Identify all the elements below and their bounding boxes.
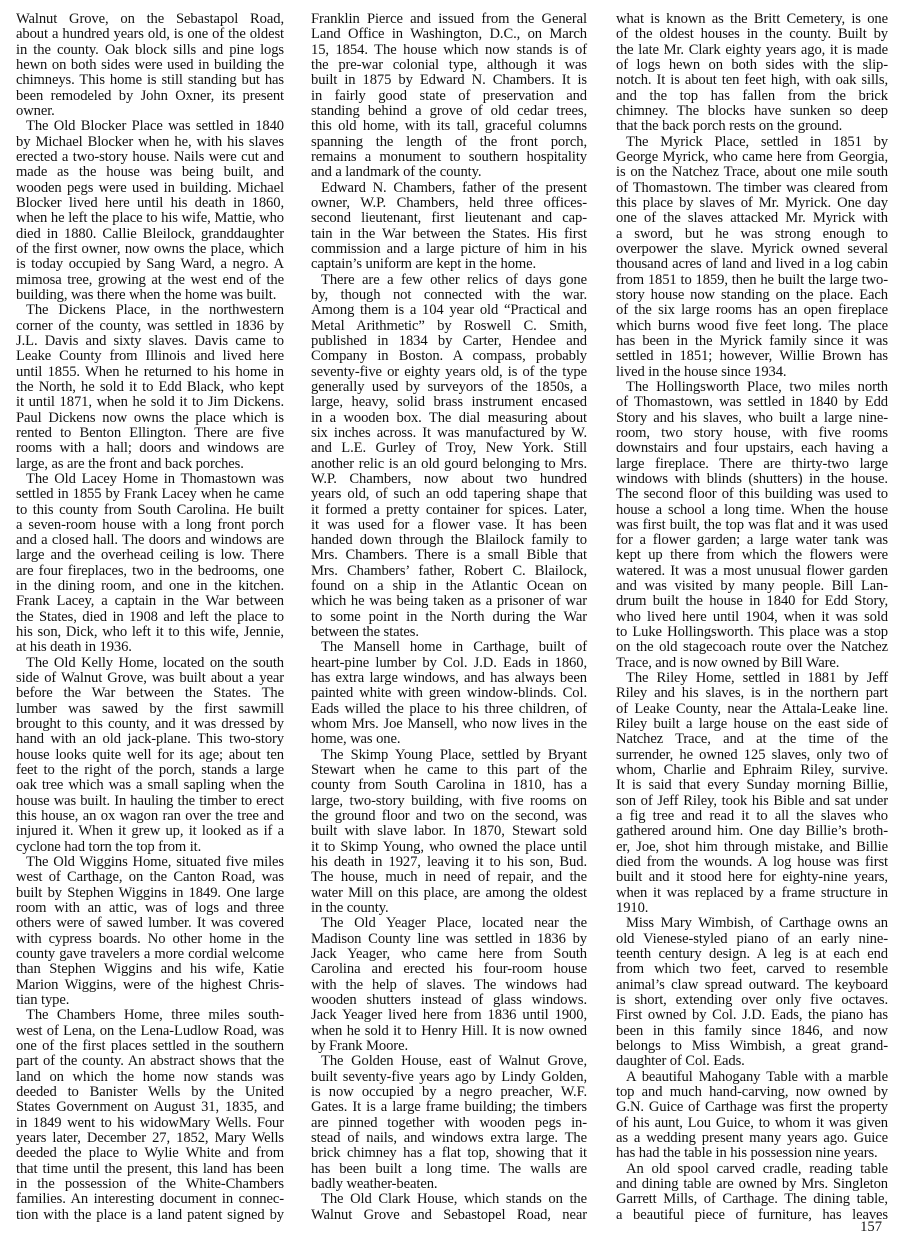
text-line: Jack Yeager lived here from 1836 until 1… bbox=[311, 1008, 587, 1023]
text-line: kept up there from which the flowers wer… bbox=[616, 548, 888, 563]
paragraph-first-line: Edward N. Chambers, father of the presen… bbox=[311, 181, 587, 196]
text-line: when it was replaced by a frame structur… bbox=[616, 886, 888, 901]
text-line: are four fireplaces, two in the bedrooms… bbox=[16, 564, 284, 579]
text-line: to some point in the North during the Wa… bbox=[311, 610, 587, 625]
text-line: found on a ship in the Atlantic Ocean on bbox=[311, 579, 587, 594]
text-line: large, two-story building, with five roo… bbox=[311, 794, 587, 809]
text-line: hewn on both sides were used in building… bbox=[16, 58, 284, 73]
paragraph-first-line: There are a few other relics of days gon… bbox=[311, 273, 587, 288]
text-line: been in this family since 1846, and now bbox=[616, 1024, 888, 1039]
text-line: Riley and his slaves, is in the northern… bbox=[616, 686, 888, 701]
text-line: painted white with green window-blinds. … bbox=[311, 686, 587, 701]
paragraph-first-line: The Old Kelly Home, located on the south bbox=[16, 656, 284, 671]
text-line: Land Office in Washington, D.C., on Marc… bbox=[311, 27, 587, 42]
text-line: with cypress boards. No other home in th… bbox=[16, 932, 284, 947]
text-line: a fig tree and read it to all the slaves… bbox=[616, 809, 888, 824]
text-line: before the War between the States. The bbox=[16, 686, 284, 701]
text-line: story house now standing on the place. E… bbox=[616, 288, 888, 303]
text-line: built with slave labor. In 1870, Stewart… bbox=[311, 824, 587, 839]
text-line: and a landmark of the county. bbox=[311, 165, 587, 180]
text-line: 1910. bbox=[616, 901, 888, 916]
text-line: J.L. Davis and sixty slaves. Davis came … bbox=[16, 334, 284, 349]
text-line: States Government on August 31, 1835, an… bbox=[16, 1100, 284, 1115]
text-line: Marion Wiggins, were of the highest Chri… bbox=[16, 978, 284, 993]
text-line: settled in 1855 by Frank Lacey when he c… bbox=[16, 487, 284, 502]
text-line: lived in the house since 1934. bbox=[616, 365, 888, 380]
text-line: years later, December 27, 1852, Mary Wel… bbox=[16, 1131, 284, 1146]
text-line: is now occupied by a negro preacher, W.F… bbox=[311, 1085, 587, 1100]
text-line: commission and a large picture of him in… bbox=[311, 242, 587, 257]
text-line: one of the slaves attacked Mr. Myrick wi… bbox=[616, 211, 888, 226]
text-line: tian type. bbox=[16, 993, 284, 1008]
text-line: old Vienese-styled piano of an early nin… bbox=[616, 932, 888, 947]
text-line: one of the first places settled in the s… bbox=[16, 1039, 284, 1054]
text-line: Metal Arithmetic” by Roswell C. Smith, bbox=[311, 319, 587, 334]
text-line: er, Joe, shot him through mistake, and B… bbox=[616, 840, 888, 855]
text-line: badly weather-beaten. bbox=[311, 1177, 587, 1192]
paragraph-first-line: The Old Yeager Place, located near the bbox=[311, 916, 587, 931]
text-line: years old, of such an odd tapering shape… bbox=[311, 487, 587, 502]
text-line: Franklin Pierce and issued from the Gene… bbox=[311, 12, 587, 27]
paragraph-first-line: The Old Clark House, which stands on the bbox=[311, 1192, 587, 1207]
text-line: another relic is an old gourd belonging … bbox=[311, 457, 587, 472]
paragraph-first-line: The Old Lacey Home in Thomastown was bbox=[16, 472, 284, 487]
text-line: are pinned together with wooden pegs in- bbox=[311, 1116, 587, 1131]
text-line: in the dining room, and one in the kitch… bbox=[16, 579, 284, 594]
text-line: settled in 1851; however, Willie Brown h… bbox=[616, 349, 888, 364]
text-line: generally used by surveyors of the 1850s… bbox=[311, 380, 587, 395]
text-line: of Thomastown, was settled in 1840 by Ed… bbox=[616, 395, 888, 410]
text-line: owner, W.P. Chambers, held three offices… bbox=[311, 196, 587, 211]
text-line: rooms with a hall; doors and windows are bbox=[16, 441, 284, 456]
text-line: of his aunt, Lou Guice, to whom it was g… bbox=[616, 1116, 888, 1131]
text-line: for a flower garden; a large water tank … bbox=[616, 533, 888, 548]
text-line: of the six large rooms has an open firep… bbox=[616, 303, 888, 318]
text-line: erected a two-story house. Nails were cu… bbox=[16, 150, 284, 165]
text-line: made as the house was being built, and bbox=[16, 165, 284, 180]
paragraph-first-line: A beautiful Mahogany Table with a marble bbox=[616, 1070, 888, 1085]
text-line: watered. It was a most unusual flower ga… bbox=[616, 564, 888, 579]
text-line: Gates. It is a large frame building; the… bbox=[311, 1100, 587, 1115]
text-line: Stewart when he came to this part of the bbox=[311, 763, 587, 778]
text-line: and a closed hall. The doors and windows… bbox=[16, 533, 284, 548]
text-line: by Frank Moore. bbox=[311, 1039, 587, 1054]
paragraph-first-line: The Skimp Young Place, settled by Bryant bbox=[311, 748, 587, 763]
text-line: in the possession of the White-Chambers bbox=[16, 1177, 284, 1192]
text-line: mimosa tree, growing at the west end of … bbox=[16, 273, 284, 288]
text-line: as a wedding present many years ago. Gui… bbox=[616, 1131, 888, 1146]
text-line: in 1849 went to his widowMary Wells. Fou… bbox=[16, 1116, 284, 1131]
text-line: large, as are the front and back porches… bbox=[16, 457, 284, 472]
text-line: died from the wounds. A log house was fi… bbox=[616, 855, 888, 870]
text-line: has been built a long time. The walls ar… bbox=[311, 1162, 587, 1177]
text-line: 15, 1854. The house which now stands is … bbox=[311, 43, 587, 58]
paragraph-first-line: The Hollingsworth Place, two miles north bbox=[616, 380, 888, 395]
paragraph-first-line: The Mansell home in Carthage, built of bbox=[311, 640, 587, 655]
text-line: captain’s uniform are kept in the home. bbox=[311, 257, 587, 272]
text-line: Among them is a 104 year old “Practical … bbox=[311, 303, 587, 318]
text-line: Leake County from Illinois and lived her… bbox=[16, 349, 284, 364]
text-line: Mrs. Chambers’ father, Robert C. Blailoc… bbox=[311, 564, 587, 579]
text-line: that the back porch rests on the ground. bbox=[616, 119, 888, 134]
text-line: has had the table in his possession nine… bbox=[616, 1146, 888, 1161]
text-line: Walnut Grove and Sebastopel Road, near bbox=[311, 1208, 587, 1223]
text-line: this old home, with its tall, graceful c… bbox=[311, 119, 587, 134]
text-line: whom, Charlie and Ephraim Riley, survive… bbox=[616, 763, 888, 778]
text-line: the pre-war colonial type, although it w… bbox=[311, 58, 587, 73]
text-line: surrender, he owned 125 slaves, only two… bbox=[616, 748, 888, 763]
text-line: families. An interesting document in con… bbox=[16, 1192, 284, 1207]
text-line: is on the Natchez Trace, about one mile … bbox=[616, 165, 888, 180]
text-line: Madison County line was settled in 1836 … bbox=[311, 932, 587, 947]
paragraph-first-line: The Old Wiggins Home, situated five mile… bbox=[16, 855, 284, 870]
text-line: large and the overhead ceiling is low. T… bbox=[16, 548, 284, 563]
text-line: large, heavy, solid brass instrument enc… bbox=[311, 395, 587, 410]
text-line: First owned by Col. J.D. Eads, the piano… bbox=[616, 1008, 888, 1023]
text-line: handed down through the Blailock family … bbox=[311, 533, 587, 548]
text-line: a seven-room house with a long front por… bbox=[16, 518, 284, 533]
text-line: deeded to Banister Wells by the United bbox=[16, 1085, 284, 1100]
text-line: Company in Boston. A compass, probably bbox=[311, 349, 587, 364]
text-line: heart-pine lumber by Col. J.D. Eads in 1… bbox=[311, 656, 587, 671]
text-line: it formed a pretty container for spices.… bbox=[311, 503, 587, 518]
text-line: house looks quite well for its age; abou… bbox=[16, 748, 284, 763]
text-line: this place by slaves of Mr. Myrick. One … bbox=[616, 196, 888, 211]
text-line: lumber was sawed by the first sawmill bbox=[16, 702, 284, 717]
text-line: The second floor of this building was us… bbox=[616, 487, 888, 502]
text-line: spanning the length of the front porch, bbox=[311, 135, 587, 150]
text-line: west of Carthage, on the Canton Road, wa… bbox=[16, 870, 284, 885]
text-line: house a school a long time. When the hou… bbox=[616, 503, 888, 518]
text-line: that time until the present, this land h… bbox=[16, 1162, 284, 1177]
text-line: when he sold it to Henry Hill. It is now… bbox=[311, 1024, 587, 1039]
text-line: son of Jeff Riley, took his Bible and sa… bbox=[616, 794, 888, 809]
text-line: county from South Carolina in 1810, has … bbox=[311, 778, 587, 793]
paragraph-first-line: The Chambers Home, three miles south- bbox=[16, 1008, 284, 1023]
text-line: was first built, the top was flat and it… bbox=[616, 518, 888, 533]
text-line: when he left the place to his wife, Matt… bbox=[16, 211, 284, 226]
text-line: overpower the slave. Myrick owned severa… bbox=[616, 242, 888, 257]
text-line: brought to this county, and it was dress… bbox=[16, 717, 284, 732]
text-line: on the old stagecoach route over the Nat… bbox=[616, 640, 888, 655]
text-line: wooden pegs were used in building. Micha… bbox=[16, 181, 284, 196]
paragraph-first-line: Miss Mary Wimbish, of Carthage owns an bbox=[616, 916, 888, 931]
text-column-2: Franklin Pierce and issued from the Gene… bbox=[311, 12, 587, 1223]
text-line: Walnut Grove, on the Sebastapol Road, bbox=[16, 12, 284, 27]
paragraph-first-line: The Riley Home, settled in 1881 by Jeff bbox=[616, 671, 888, 686]
text-line: Paul Dickens now owns the place which is bbox=[16, 411, 284, 426]
text-line: thousand acres of land and lived in a lo… bbox=[616, 257, 888, 272]
text-line: The house, much in need of repair, and t… bbox=[311, 870, 587, 885]
text-line: what is known as the Britt Cemetery, is … bbox=[616, 12, 888, 27]
text-line: Mrs. Chambers. There is a small Bible th… bbox=[311, 548, 587, 563]
text-line: from 1851 to 1859, then he built the lar… bbox=[616, 273, 888, 288]
text-line: hand with an old jack-plane. This two-st… bbox=[16, 732, 284, 747]
text-line: is today occupied by Sang Ward, a negro.… bbox=[16, 257, 284, 272]
text-line: whom Mrs. Joe Mansell, who now lives in … bbox=[311, 717, 587, 732]
text-line: water Mill on this place, are among the … bbox=[311, 886, 587, 901]
text-line: downstairs and four upstairs, each havin… bbox=[616, 441, 888, 456]
text-line: and was visited by many people. Bill Lan… bbox=[616, 579, 888, 594]
text-line: injured it. When it grew up, it looked a… bbox=[16, 824, 284, 839]
paragraph-first-line: An old spool carved cradle, reading tabl… bbox=[616, 1162, 888, 1177]
text-line: built in 1875 by Edward N. Chambers. It … bbox=[311, 73, 587, 88]
text-line: it until 1871, when he sold it to Jim Di… bbox=[16, 395, 284, 410]
paragraph-first-line: The Golden House, east of Walnut Grove, bbox=[311, 1054, 587, 1069]
text-line: owner. bbox=[16, 104, 284, 119]
text-line: side of Walnut Grove, was built about a … bbox=[16, 671, 284, 686]
text-line: G.N. Guice of Carthage was first the pro… bbox=[616, 1100, 888, 1115]
paragraph-first-line: The Myrick Place, settled in 1851 by bbox=[616, 135, 888, 150]
text-line: and L.E. Gurley of Troy, New York. Still bbox=[311, 441, 587, 456]
text-line: second lieutenant, first lieutenant and … bbox=[311, 211, 587, 226]
text-line: of the oldest houses in the county. Buil… bbox=[616, 27, 888, 42]
text-line: and the top has fallen from the brick bbox=[616, 89, 888, 104]
text-line: which he was being taken as a prisoner o… bbox=[311, 594, 587, 609]
text-line: corner of the county, was settled in 183… bbox=[16, 319, 284, 334]
text-line: oak tree which was a small sapling when … bbox=[16, 778, 284, 793]
text-line: tion with the place is a land patent sig… bbox=[16, 1208, 284, 1223]
text-line: built and it stood here for eighty-nine … bbox=[616, 870, 888, 885]
text-line: room with an attic, was of logs and thre… bbox=[16, 901, 284, 916]
text-line: built by Stephen Wiggins in 1849. One la… bbox=[16, 886, 284, 901]
text-line: the North, he sold it to Edd Black, who … bbox=[16, 380, 284, 395]
text-line: Story and his slaves, who built a large … bbox=[616, 411, 888, 426]
text-line: his son, Dick, who left it to this wife,… bbox=[16, 625, 284, 640]
text-line: county gave travelers a more cordial wel… bbox=[16, 947, 284, 962]
text-line: in fairly good state of preservation and bbox=[311, 89, 587, 104]
text-line: built seventy-five years ago by Lindy Go… bbox=[311, 1070, 587, 1085]
text-line: Garrett Mills, of Carthage. The dining t… bbox=[616, 1192, 888, 1207]
text-line: seventy-five or eighty years old, is of … bbox=[311, 365, 587, 380]
text-line: animal’s claw spread outward. The keyboa… bbox=[616, 978, 888, 993]
text-line: the ground floor and two on the second, … bbox=[311, 809, 587, 824]
text-line: feet to the right of the porch, stands a… bbox=[16, 763, 284, 778]
text-line: it was used for a flower vase. It has be… bbox=[311, 518, 587, 533]
text-line: of Thomastown. The timber was cleared fr… bbox=[616, 181, 888, 196]
text-line: six inches across. It was manufactured b… bbox=[311, 426, 587, 441]
text-line: by, though not connected with the war. bbox=[311, 288, 587, 303]
text-line: stead of nails, and windows extra large.… bbox=[311, 1131, 587, 1146]
paragraph-first-line: The Old Blocker Place was settled in 184… bbox=[16, 119, 284, 134]
text-line: house was built. In hauling the timber t… bbox=[16, 794, 284, 809]
text-line: until 1855. When he returned to his home… bbox=[16, 365, 284, 380]
text-line: in the county. bbox=[311, 901, 587, 916]
text-line: land on which the home now stands was bbox=[16, 1070, 284, 1085]
text-line: of logs hewn on both sides with the slip… bbox=[616, 58, 888, 73]
text-line: the late Mr. Clark eighty years ago, it … bbox=[616, 43, 888, 58]
text-line: George Myrick, who came here from Georgi… bbox=[616, 150, 888, 165]
text-line: building, was there when the home was bu… bbox=[16, 288, 284, 303]
text-line: a beautiful piece of furniture, has leav… bbox=[616, 1208, 888, 1223]
text-line: drum built the house in 1840 for Edd Sto… bbox=[616, 594, 888, 609]
text-line: others were of sawed lumber. It was cove… bbox=[16, 916, 284, 931]
text-line: Jack Yeager, who came here from South bbox=[311, 947, 587, 962]
text-line: large fireplace. There are thirty-two la… bbox=[616, 457, 888, 472]
text-line: daughter of Col. Eads. bbox=[616, 1054, 888, 1069]
document-page: Walnut Grove, on the Sebastapol Road,abo… bbox=[0, 0, 900, 1242]
text-line: chimney. The blocks have sunken so deep bbox=[616, 104, 888, 119]
text-line: to this county from South Carolina. He b… bbox=[16, 503, 284, 518]
text-line: W.P. Chambers, now about two hundred bbox=[311, 472, 587, 487]
text-line: his death in 1927, leaving it to his son… bbox=[311, 855, 587, 870]
text-line: room, two story house, with five rooms bbox=[616, 426, 888, 441]
text-line: and dining table are owned by Mrs. Singl… bbox=[616, 1177, 888, 1192]
text-line: by Michael Blocker when he, with his sla… bbox=[16, 135, 284, 150]
text-line: windows with blinds (shutters) in the ho… bbox=[616, 472, 888, 487]
text-line: deeded the place to Wylie White and from bbox=[16, 1146, 284, 1161]
text-line: to Luke Hollingsworth. This place was a … bbox=[616, 625, 888, 640]
text-line: Trace, and is now owned by Bill Ware. bbox=[616, 656, 888, 671]
text-line: is short, extending over only five octav… bbox=[616, 993, 888, 1008]
text-line: belongs to Miss Wimbish, a great grand- bbox=[616, 1039, 888, 1054]
text-line: wooden shutters instead of glass windows… bbox=[311, 993, 587, 1008]
text-line: brick chimney has a flat top, showing th… bbox=[311, 1146, 587, 1161]
text-column-3: what is known as the Britt Cemetery, is … bbox=[616, 12, 888, 1223]
text-line: has been in the Myrick family since it w… bbox=[616, 334, 888, 349]
text-line: than Stephen Wiggins and his wife, Katie bbox=[16, 962, 284, 977]
text-line: top and much hand-carving, now owned by bbox=[616, 1085, 888, 1100]
text-line: remains a monument to southern hospitali… bbox=[311, 150, 587, 165]
text-line: in the county. Oak block sills and pine … bbox=[16, 43, 284, 58]
text-column-1: Walnut Grove, on the Sebastapol Road,abo… bbox=[16, 12, 284, 1223]
text-line: a sword, but he was strong enough to bbox=[616, 227, 888, 242]
text-line: Carolina and erected his four-room house bbox=[311, 962, 587, 977]
text-line: Blocker lived here until his death in 18… bbox=[16, 196, 284, 211]
text-line: this house, an ox wagon ran over the tre… bbox=[16, 809, 284, 824]
text-line: part of the county. An abstract shows th… bbox=[16, 1054, 284, 1069]
text-line: between the states. bbox=[311, 625, 587, 640]
text-line: tain in the War between the States. His … bbox=[311, 227, 587, 242]
text-line: teenth century design. A leg is at each … bbox=[616, 947, 888, 962]
text-line: been remodeled by John Oxner, its presen… bbox=[16, 89, 284, 104]
text-line: It is said that every Sunday morning Bil… bbox=[616, 778, 888, 793]
text-line: it to Skimp Young, who owned the place u… bbox=[311, 840, 587, 855]
text-line: about a hundred years old, is one of the… bbox=[16, 27, 284, 42]
text-line: of Leake County, near the Attala-Leake l… bbox=[616, 702, 888, 717]
text-line: who lived here until 1904, when it was s… bbox=[616, 610, 888, 625]
text-line: at his death in 1936. bbox=[16, 640, 284, 655]
text-line: notch. It is about ten feet high, with o… bbox=[616, 73, 888, 88]
text-line: which burns wood five feet long. The pla… bbox=[616, 319, 888, 334]
text-line: rented to Benton Ellington. There are fi… bbox=[16, 426, 284, 441]
text-line: gathered around him. One day Billie’s br… bbox=[616, 824, 888, 839]
text-line: home, was one. bbox=[311, 732, 587, 747]
page-number: 157 bbox=[860, 1219, 882, 1235]
text-line: Eads willed the place to his three child… bbox=[311, 702, 587, 717]
text-line: from which two feet, carved to resemble bbox=[616, 962, 888, 977]
text-line: published in 1834 by Carter, Hendee and bbox=[311, 334, 587, 349]
text-line: Riley built a large house on the east si… bbox=[616, 717, 888, 732]
text-line: chimneys. This home is still standing bu… bbox=[16, 73, 284, 88]
text-line: standing behind a grove of old cedar tre… bbox=[311, 104, 587, 119]
text-line: Natchez Trace, and at the time of the bbox=[616, 732, 888, 747]
text-line: cyclone had torn the top from it. bbox=[16, 840, 284, 855]
paragraph-first-line: The Dickens Place, in the northwestern bbox=[16, 303, 284, 318]
text-line: the States, died in 1908 and left the pl… bbox=[16, 610, 284, 625]
text-line: died in 1880. Callie Bleilock, granddaug… bbox=[16, 227, 284, 242]
text-line: has extra large windows, and has always … bbox=[311, 671, 587, 686]
text-line: Frank Lacey, a captain in the War betwee… bbox=[16, 594, 284, 609]
text-line: of the first owner, now owns the place, … bbox=[16, 242, 284, 257]
text-line: with the help of slaves. The windows had bbox=[311, 978, 587, 993]
text-line: in a wooden box. The dial measuring abou… bbox=[311, 411, 587, 426]
text-line: west of Lena, on the Lena-Ludlow Road, w… bbox=[16, 1024, 284, 1039]
